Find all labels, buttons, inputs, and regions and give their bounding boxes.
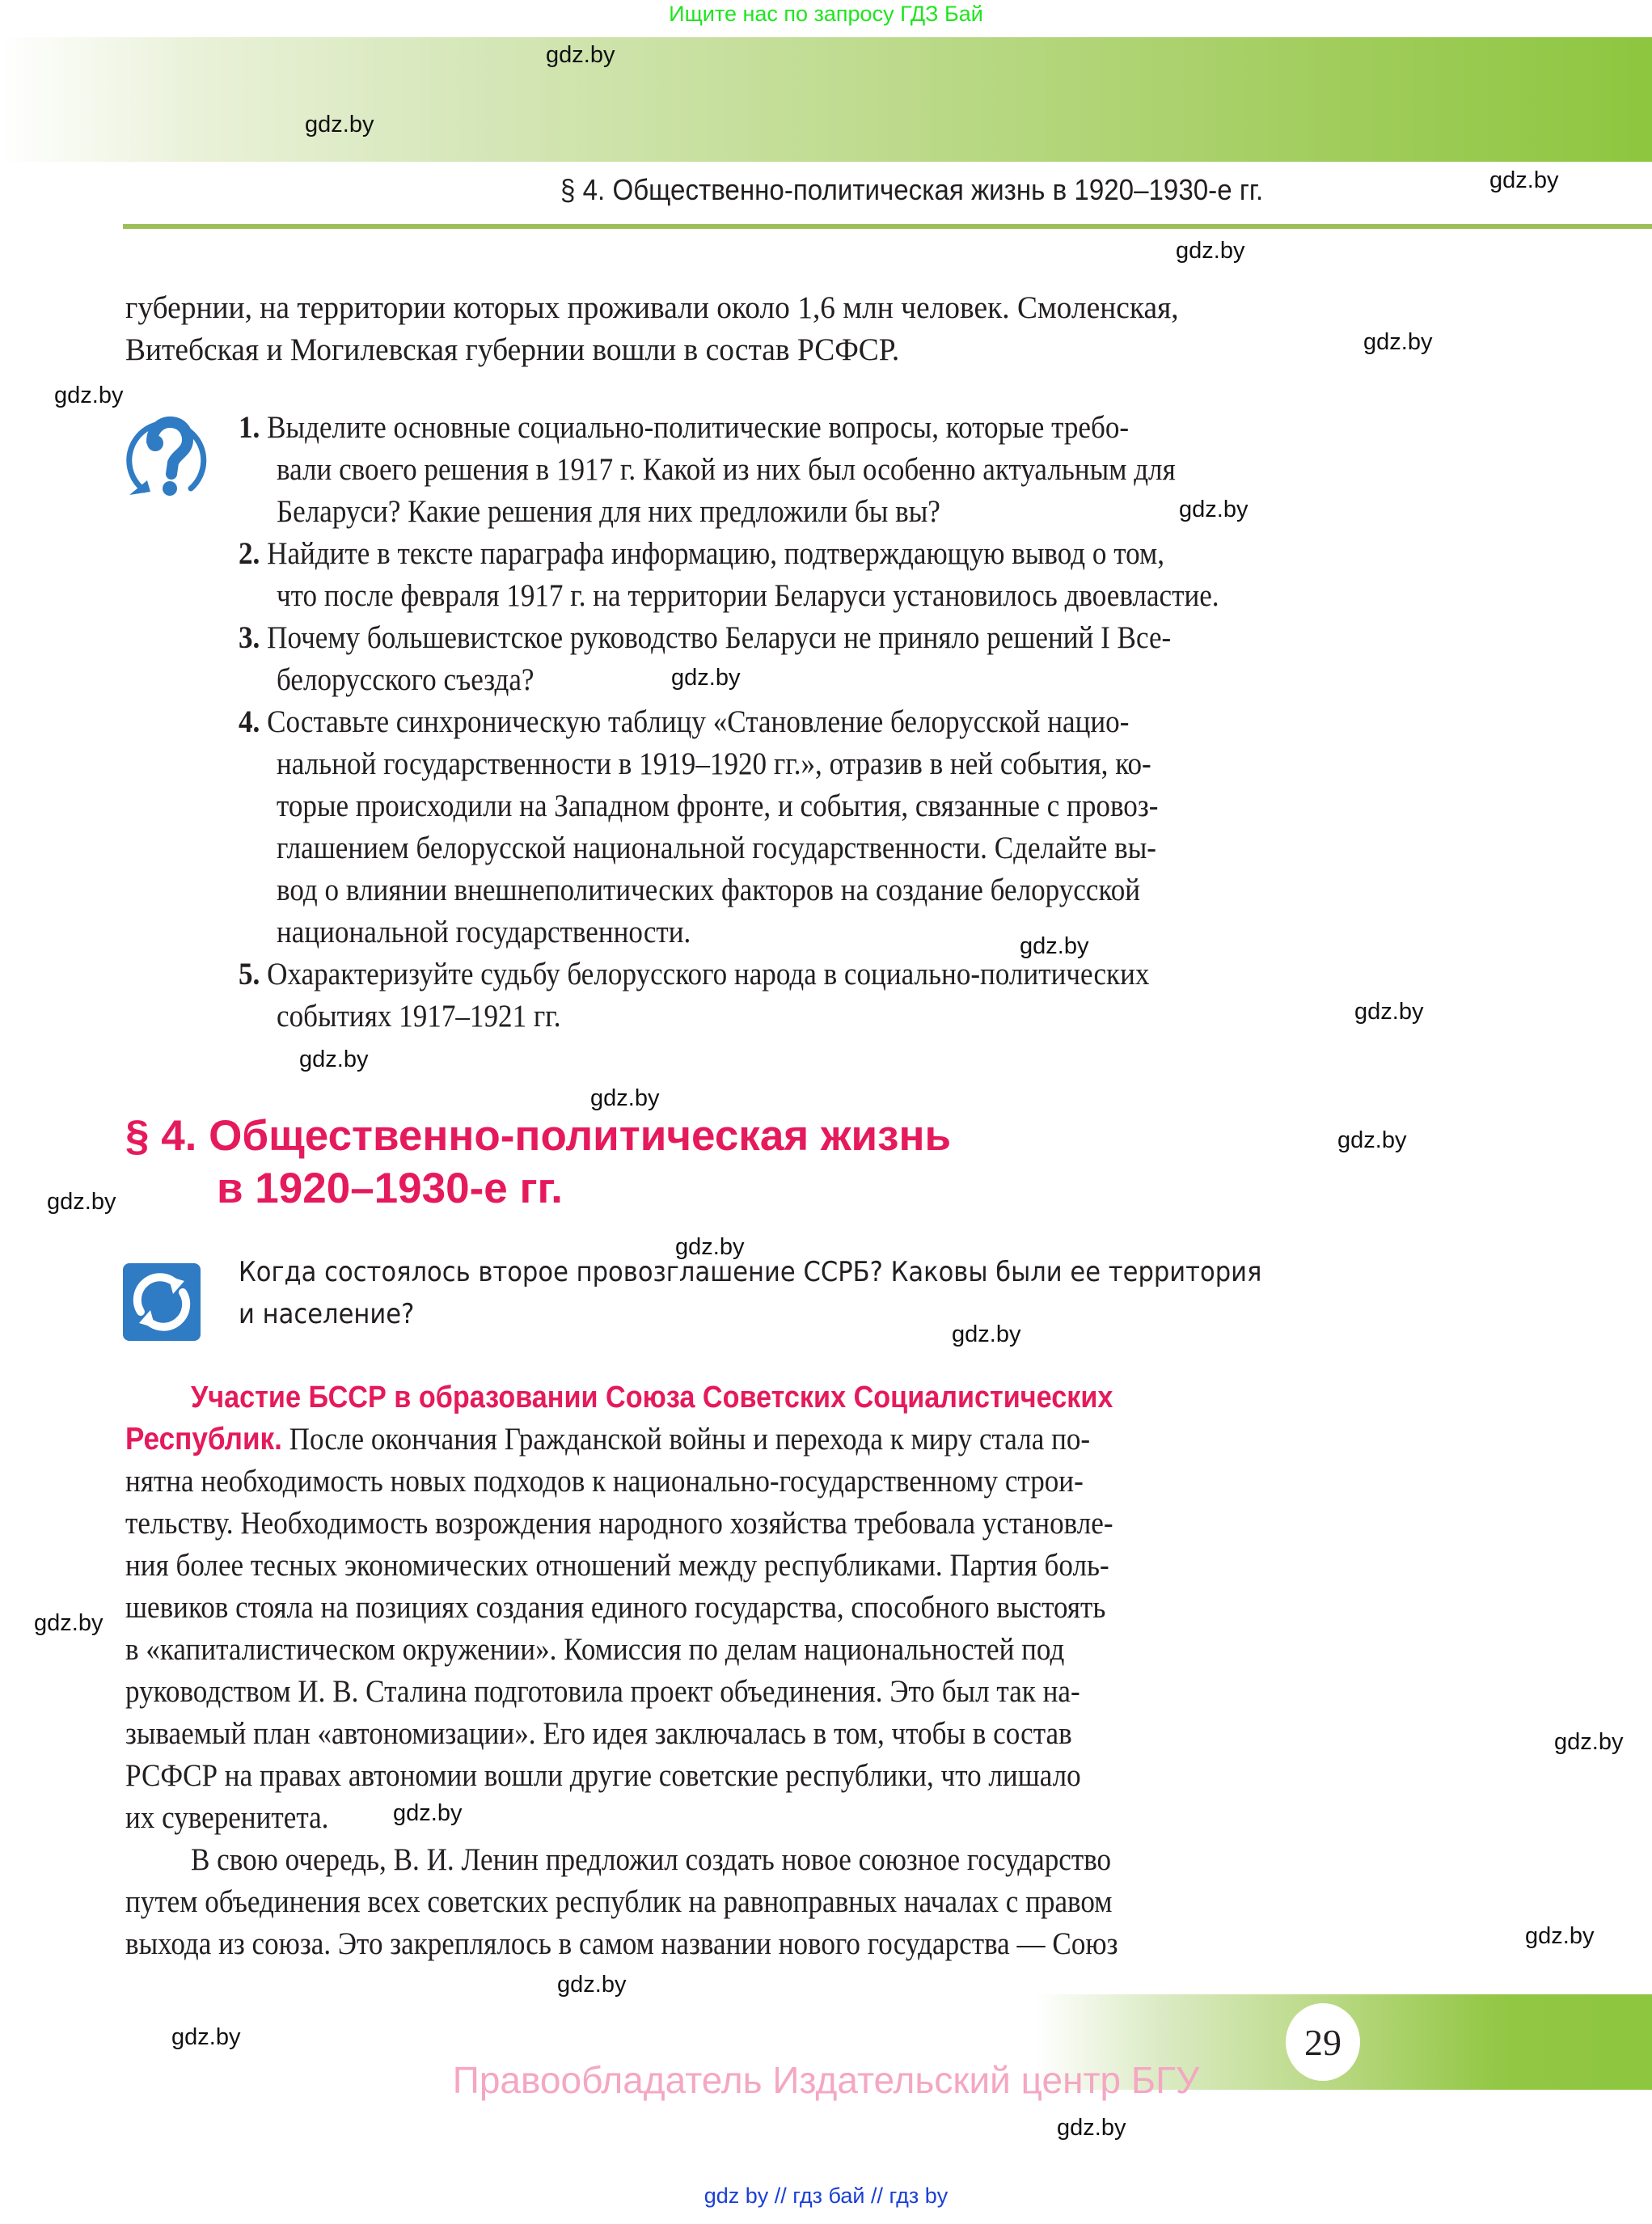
subsection-title-end: Республик.: [125, 1422, 282, 1457]
watermark: gdz.by: [546, 42, 615, 69]
question-line: 2. Найдите в тексте параграфа информацию…: [239, 533, 1164, 575]
question-text: Составьте синхроническую таблицу «Станов…: [267, 704, 1129, 739]
review-prompt-line: Когда состоялось второе провозглашение С…: [239, 1251, 1261, 1293]
repeat-icon: [123, 1263, 201, 1341]
body-line: их суверенитета.: [125, 1797, 328, 1839]
question-line: 4. Составьте синхроническую таблицу «Ста…: [239, 701, 1129, 743]
question-text: Найдите в тексте параграфа информацию, п…: [267, 536, 1164, 571]
watermark: gdz.by: [34, 1610, 103, 1637]
watermark: gdz.by: [1337, 1127, 1406, 1154]
question-number: 2.: [239, 536, 260, 571]
watermark: gdz.by: [1525, 1923, 1594, 1950]
question-line: вод о влиянии внешнеполитических факторо…: [277, 869, 1140, 911]
body-line: ния более тесных экономических отношений…: [125, 1545, 1109, 1587]
question-text: Выделите основные социально-политические…: [267, 410, 1129, 445]
body-line: тельству. Необходимость возрождения наро…: [125, 1503, 1113, 1545]
watermark: gdz.by: [54, 383, 123, 409]
body-line: руководством И. В. Сталина подготовила п…: [125, 1671, 1080, 1713]
watermark: gdz.by: [393, 1800, 462, 1827]
watermark: gdz.by: [1489, 167, 1558, 194]
watermark: gdz.by: [952, 1321, 1020, 1348]
body-line: путем объединения всех советских республ…: [125, 1881, 1112, 1923]
copyright-notice: Правообладатель Издательский центр БГУ: [0, 2058, 1652, 2102]
question-line: Беларуси? Какие решения для них предложи…: [277, 491, 940, 533]
section-heading-line1: § 4. Общественно-политическая жизнь: [125, 1110, 951, 1162]
intro-line: Витебская и Могилевская губернии вошли в…: [125, 329, 899, 371]
header-rule: [123, 224, 1652, 229]
question-line: 3. Почему большевистское руководство Бел…: [239, 617, 1171, 659]
question-line: что после февраля 1917 г. на территории …: [277, 575, 1219, 617]
header-bar: [0, 37, 1652, 162]
watermark: gdz.by: [671, 665, 740, 691]
body-line: в «капиталистическом окружении». Комисси…: [125, 1629, 1064, 1671]
question-number: 3.: [239, 620, 260, 655]
body-line: Республик. После окончания Гражданской в…: [125, 1419, 1090, 1461]
question-number: 4.: [239, 704, 260, 739]
body-line: шевиков стояла на позициях создания един…: [125, 1587, 1105, 1629]
question-line: белорусского съезда?: [277, 659, 534, 701]
watermark: gdz.by: [1057, 2115, 1126, 2142]
intro-line: губернии, на территории которых проживал…: [125, 287, 1179, 329]
watermark: gdz.by: [299, 1046, 368, 1073]
question-text: Почему большевистское руководство Белару…: [267, 620, 1171, 655]
watermark: gdz.by: [1363, 329, 1432, 356]
bottom-links[interactable]: gdz by // гдз бай // гдз by: [0, 2184, 1652, 2209]
running-head: § 4. Общественно-политическая жизнь в 19…: [560, 173, 1263, 207]
watermark: gdz.by: [171, 2024, 240, 2051]
question-line: событиях 1917–1921 гг.: [277, 996, 561, 1038]
question-number: 5.: [239, 957, 260, 991]
question-number: 1.: [239, 410, 260, 445]
watermark: gdz.by: [675, 1234, 744, 1261]
watermark: gdz.by: [1554, 1729, 1623, 1756]
watermark: gdz.by: [1176, 238, 1244, 264]
subsection-title-text: Участие БССР в образовании Союза Советск…: [191, 1380, 1113, 1414]
watermark: gdz.by: [1354, 999, 1423, 1025]
question-icon: [120, 411, 210, 501]
watermark: gdz.by: [1179, 497, 1248, 523]
watermark: gdz.by: [590, 1085, 659, 1112]
question-line: торые происходили на Западном фронте, и …: [277, 785, 1158, 827]
question-line: вали своего решения в 1917 г. Какой из н…: [277, 449, 1176, 491]
review-prompt-line: и население?: [239, 1293, 414, 1335]
body-line: зываемый план «автономизации». Его идея …: [125, 1713, 1072, 1755]
question-line: глашением белорусской национальной госуд…: [277, 827, 1156, 869]
body-line: нятна необходимость новых подходов к нац…: [125, 1461, 1084, 1503]
question-line: национальной государственности.: [277, 911, 691, 953]
body-text: После окончания Гражданской войны и пере…: [282, 1422, 1090, 1457]
watermark: gdz.by: [47, 1189, 116, 1216]
section-heading-line2: в 1920–1930-е гг.: [217, 1162, 563, 1215]
body-line: В свою очередь, В. И. Ленин предложил со…: [191, 1839, 1111, 1881]
question-line: 5. Охарактеризуйте судьбу белорусского н…: [239, 953, 1149, 996]
top-banner: Ищите нас по запросу ГДЗ Бай: [0, 2, 1652, 27]
body-line: РСФСР на правах автономии вошли другие с…: [125, 1755, 1081, 1797]
watermark: gdz.by: [557, 1972, 626, 1998]
question-line: 1. Выделите основные социально-политичес…: [239, 407, 1129, 449]
subsection-title: Участие БССР в образовании Союза Советск…: [191, 1376, 1113, 1419]
question-text: Охарактеризуйте судьбу белорусского наро…: [267, 957, 1149, 991]
watermark: gdz.by: [1020, 933, 1088, 960]
watermark: gdz.by: [305, 112, 374, 138]
body-line: выхода из союза. Это закреплялось в само…: [125, 1923, 1118, 1965]
question-line: нальной государственности в 1919–1920 гг…: [277, 743, 1151, 785]
